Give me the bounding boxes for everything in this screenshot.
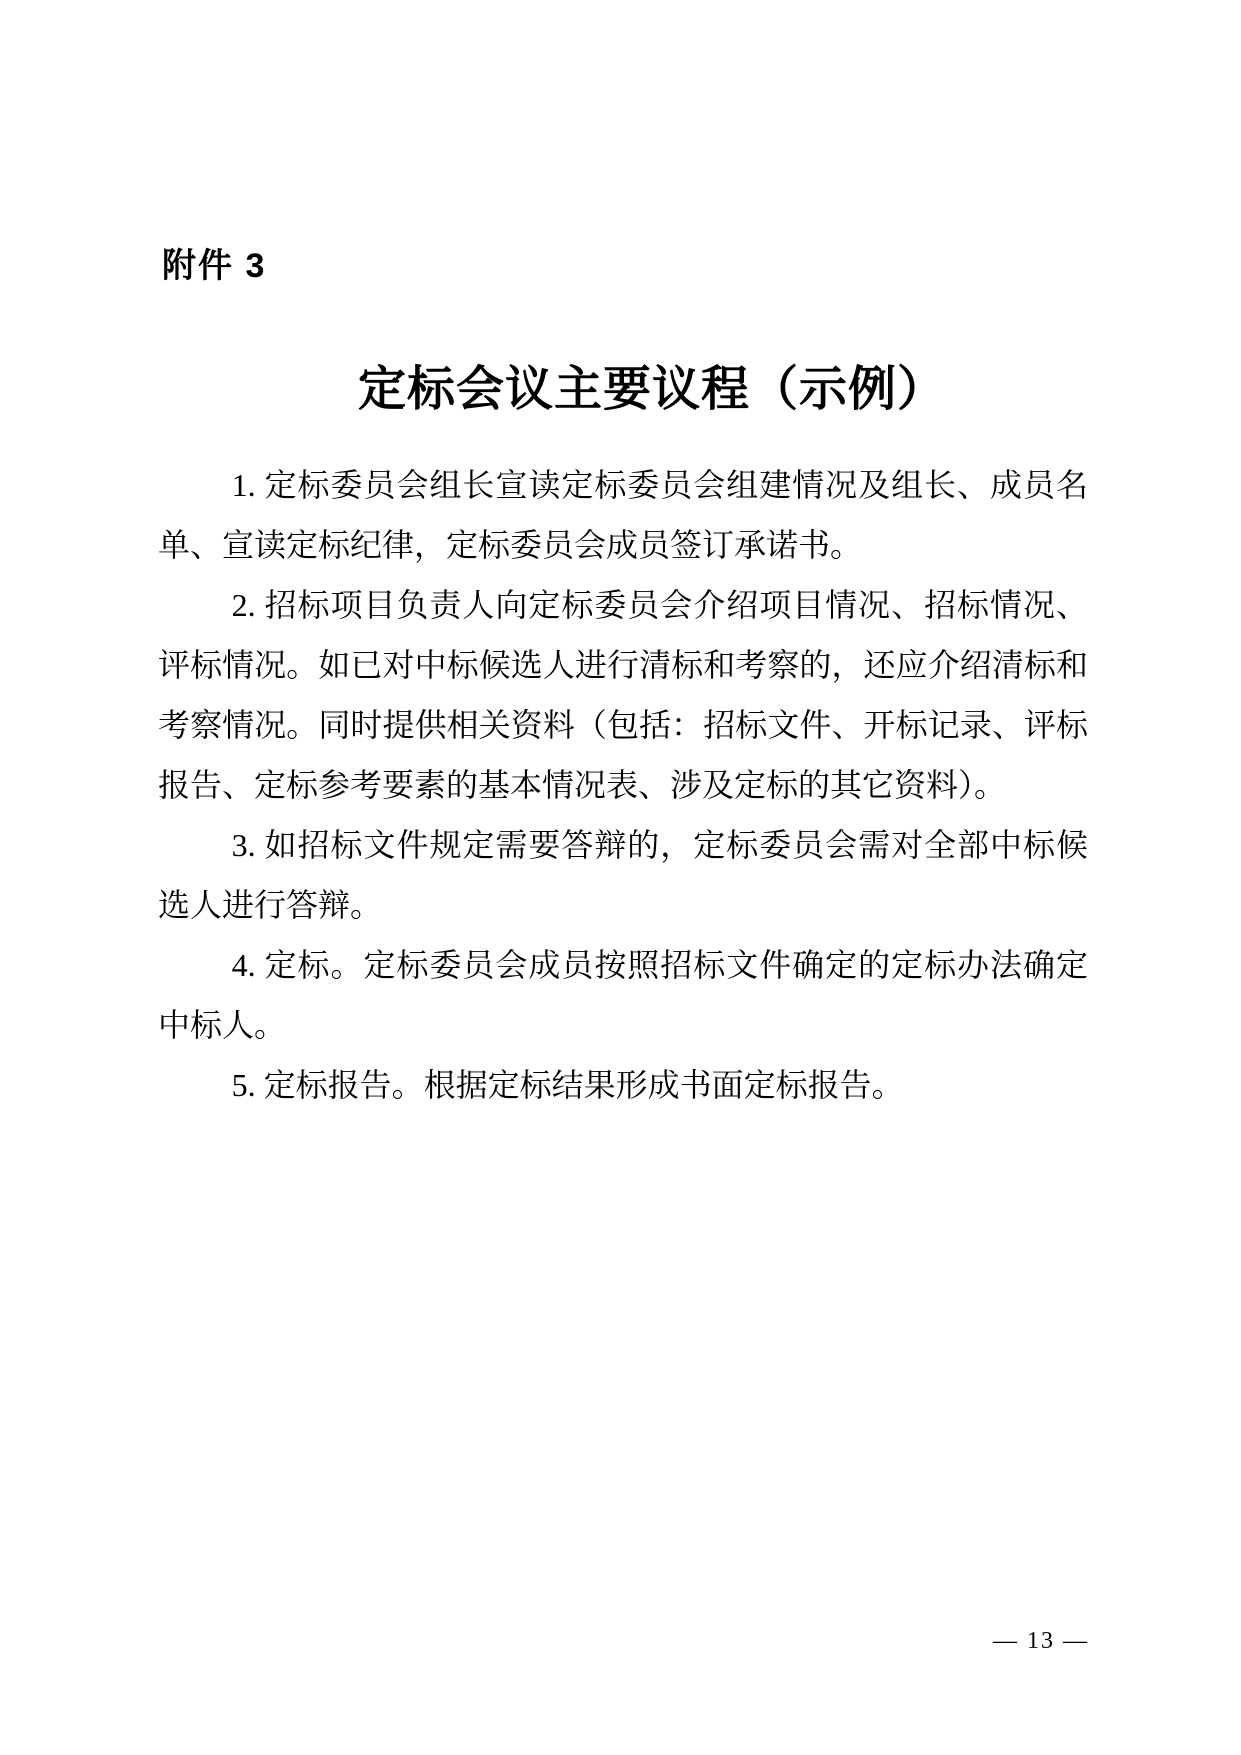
- attachment-label: 附件 3: [162, 238, 266, 287]
- paragraph: 5. 定标报告。根据定标结果形成书面定标报告。: [158, 1055, 1088, 1115]
- paragraph: 4. 定标。定标委员会成员按照招标文件确定的定标办法确定中标人。: [158, 935, 1088, 1055]
- page-title: 定标会议主要议程（示例）: [358, 350, 946, 419]
- page-number: — 13 —: [993, 1628, 1089, 1655]
- paragraph: 2. 招标项目负责人向定标委员会介绍项目情况、招标情况、评标情况。如已对中标候选…: [158, 575, 1088, 815]
- document-page: 附件 3 定标会议主要议程（示例） 1. 定标委员会组长宣读定标委员会组建情况及…: [0, 0, 1241, 1755]
- paragraph: 3. 如招标文件规定需要答辩的，定标委员会需对全部中标候选人进行答辩。: [158, 815, 1088, 935]
- body-paragraphs: 1. 定标委员会组长宣读定标委员会组建情况及组长、成员名单、宣读定标纪律，定标委…: [158, 455, 1088, 1115]
- paragraph: 1. 定标委员会组长宣读定标委员会组建情况及组长、成员名单、宣读定标纪律，定标委…: [158, 455, 1088, 575]
